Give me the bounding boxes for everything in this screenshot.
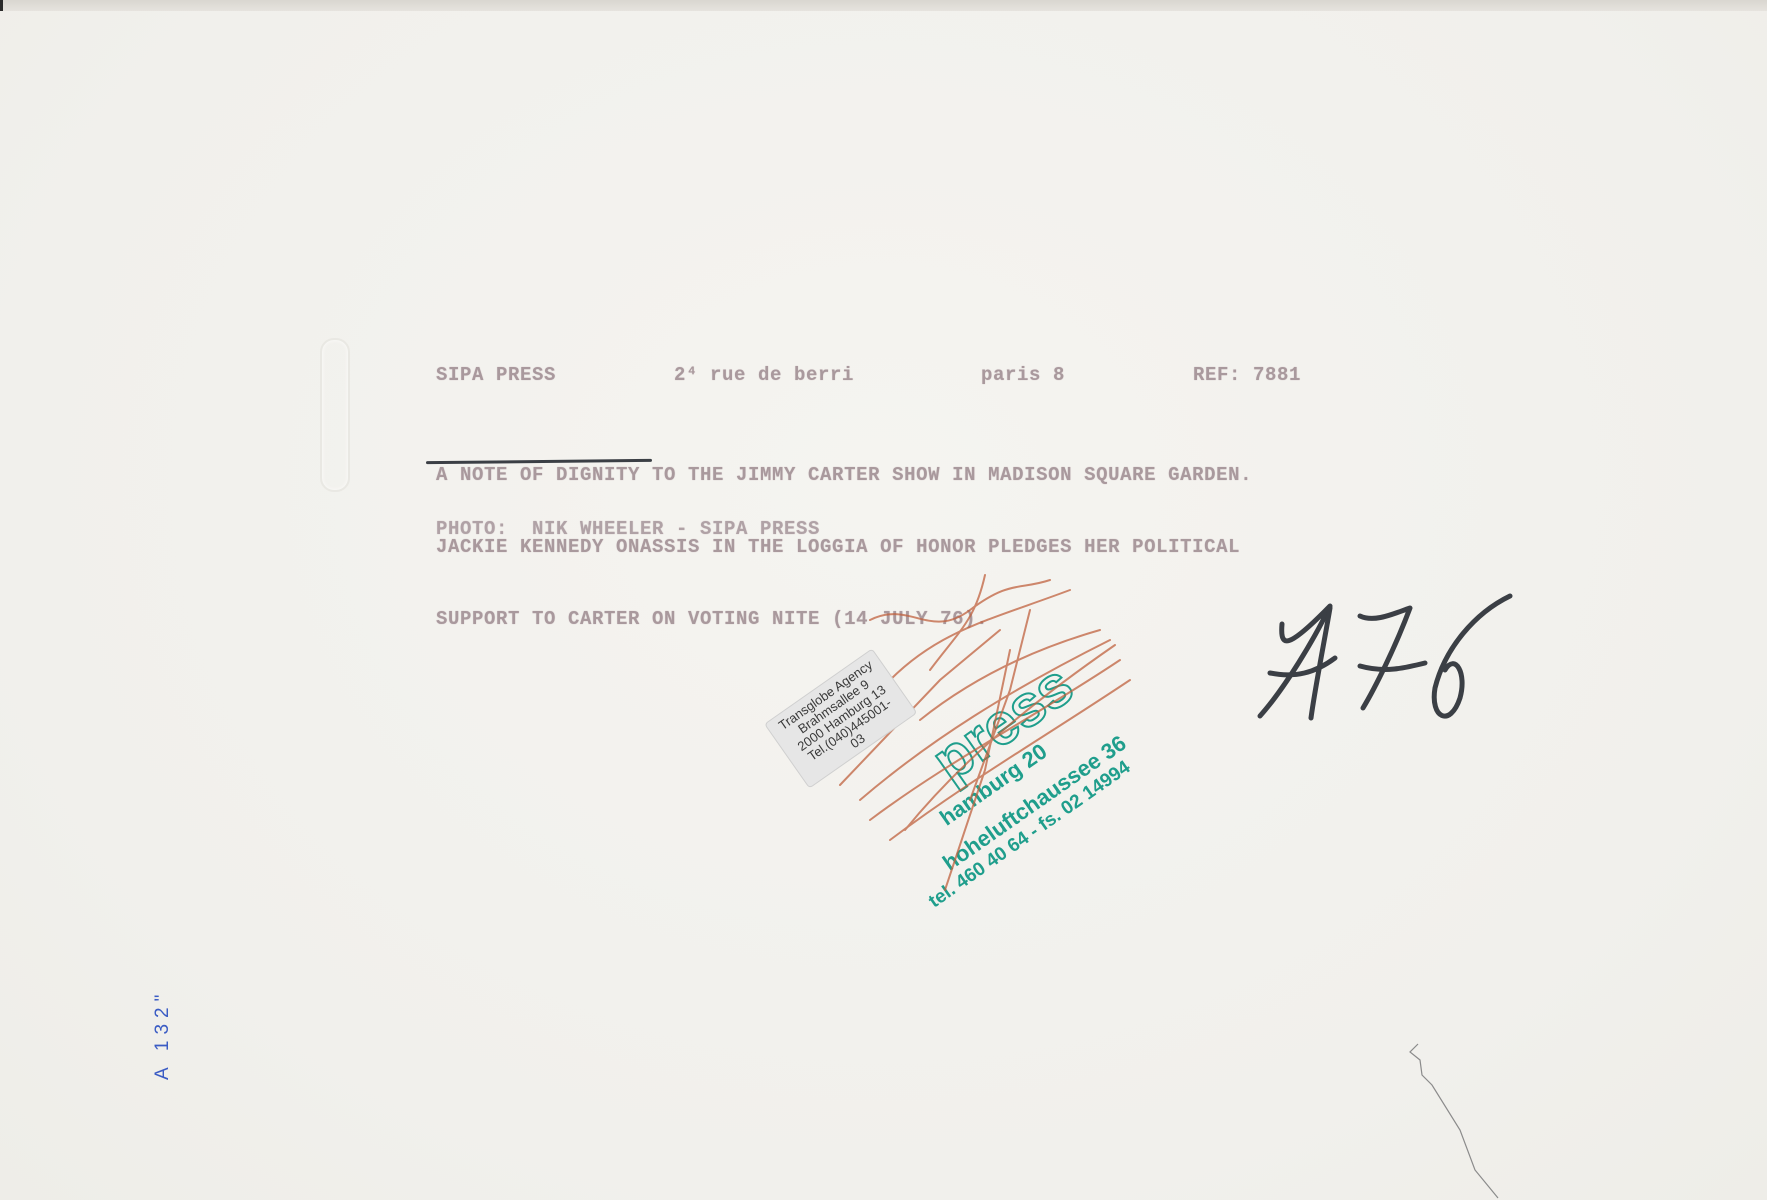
caption-line: A NOTE OF DIGNITY TO THE JIMMY CARTER SH… [436, 463, 1252, 487]
agency-stamp-area: press hamburg 20 hoheluftchaussee 36 tel… [770, 570, 1150, 900]
photo-credit: PHOTO: NIK WHEELER - SIPA PRESS [436, 517, 820, 541]
reference-number: REF: 7881 [1193, 363, 1301, 387]
paper-hairline [1380, 1030, 1500, 1200]
handwritten-number: 7176 [1235, 578, 1515, 728]
agency-city: paris 8 [981, 363, 1065, 387]
scan-top-edge [0, 0, 1767, 11]
agency-street: 2⁴ rue de berri [674, 363, 854, 387]
paperclip-impression [320, 338, 350, 492]
archive-number: A 132" [152, 989, 174, 1080]
agency-name: SIPA PRESS [436, 363, 556, 387]
